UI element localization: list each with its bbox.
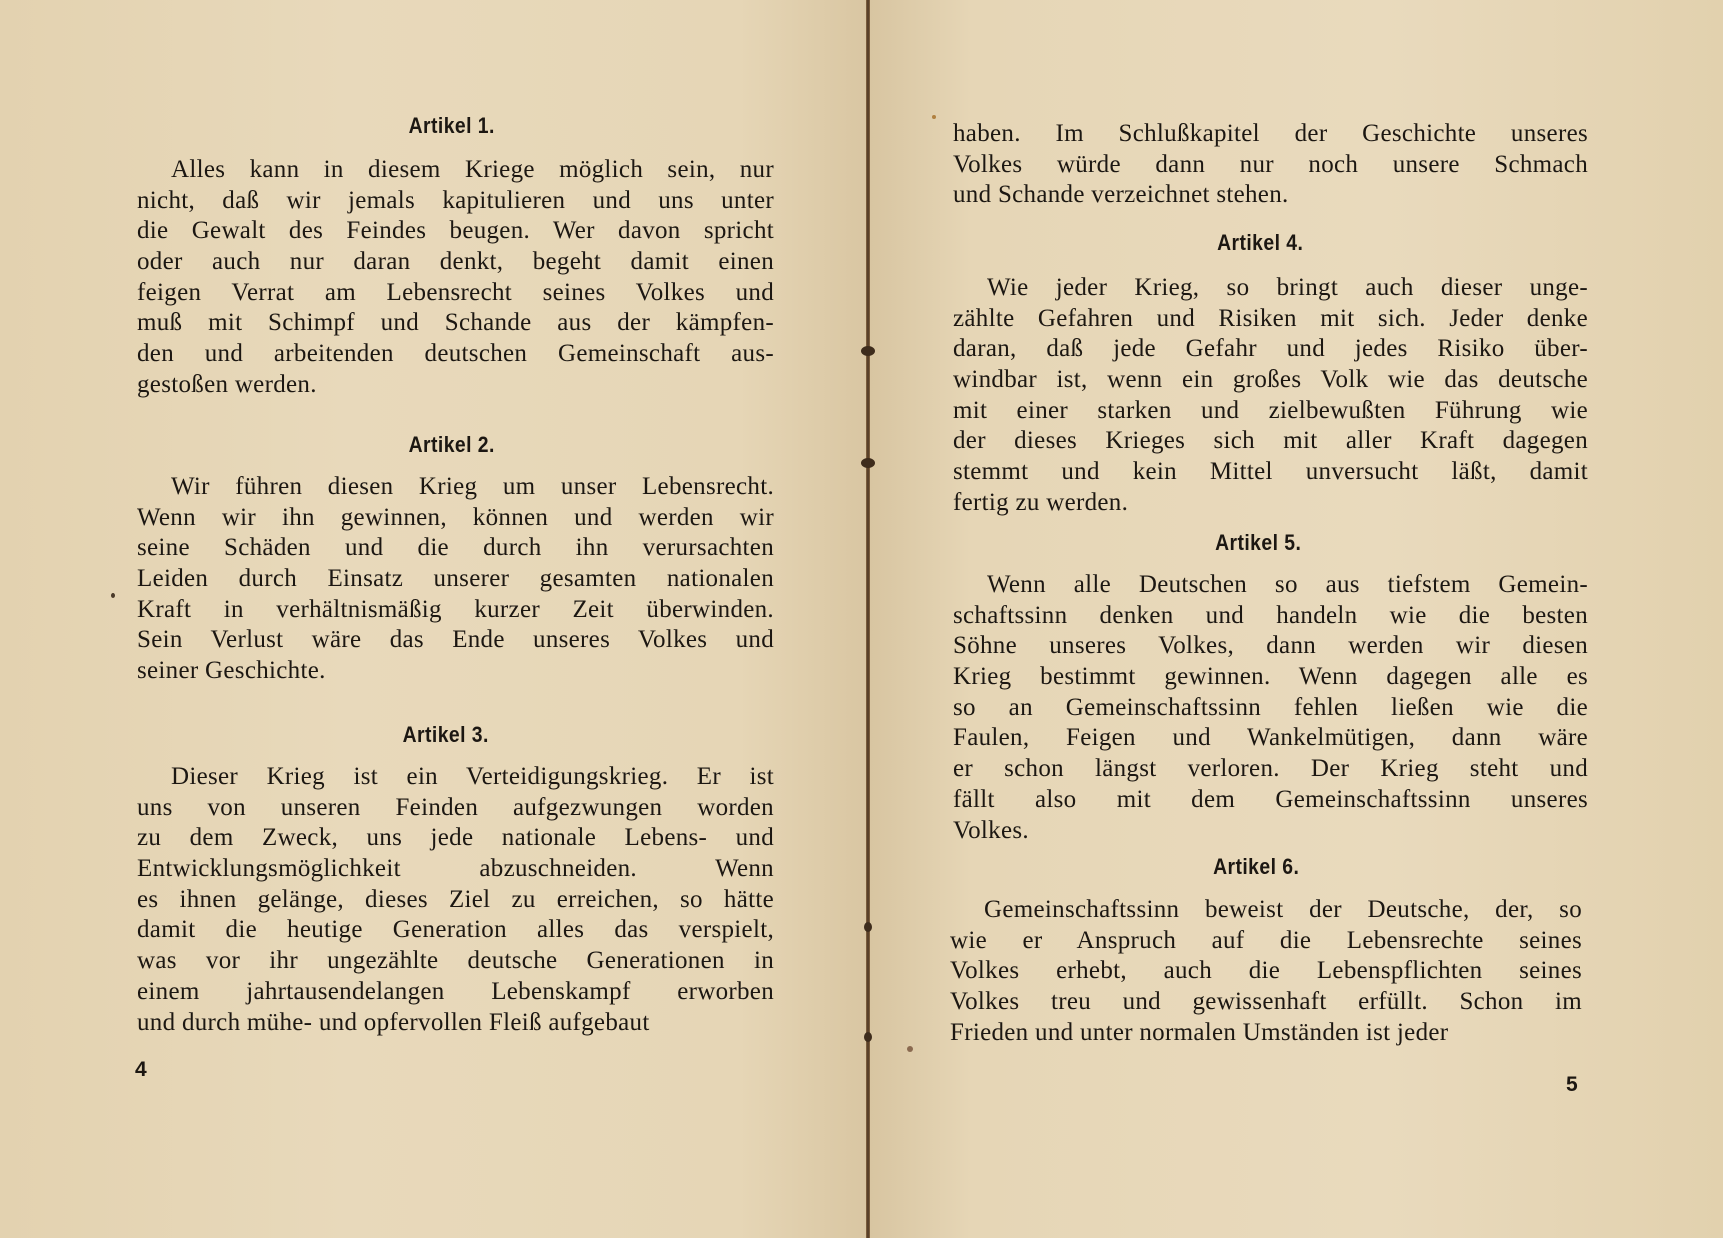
text-line: Volkes erhebt, auch die Lebenspflichten … — [950, 956, 1582, 987]
text-line: Leiden durch Einsatz unserer gesamten na… — [137, 564, 774, 595]
text-line: Alles kann in diesem Kriege möglich sein… — [137, 155, 774, 186]
article-1-body: Alles kann in diesem Kriege möglich sein… — [137, 155, 774, 401]
text-line: muß mit Schimpf und Schande aus der kämp… — [137, 308, 774, 339]
text-line: nicht, daß wir jemals kapitulieren und u… — [137, 186, 774, 217]
text-line: Frieden und unter normalen Umständen ist… — [950, 1018, 1582, 1049]
text-line: zu dem Zweck, uns jede nationale Lebens-… — [137, 823, 774, 854]
binding-stitch — [864, 922, 872, 932]
text-line: und Schande verzeichnet stehen. — [953, 180, 1588, 211]
text-line: Krieg bestimmt gewinnen. Wenn dagegen al… — [953, 662, 1588, 693]
article-6-heading: Artikel 6. — [1213, 854, 1317, 880]
text-line: Volkes würde dann nur noch unsere Schmac… — [953, 150, 1588, 181]
text-line: Wenn wir ihn gewinnen, können und werden… — [137, 503, 774, 534]
text-line: Dieser Krieg ist ein Verteidigungskrieg.… — [137, 762, 774, 793]
binding-stitch — [861, 346, 875, 356]
text-line: oder auch nur daran denkt, begeht damit … — [137, 247, 774, 278]
text-line: und durch mühe- und opfervollen Fleiß au… — [137, 1008, 774, 1039]
text-line: Gemeinschaftssinn beweist der Deutsche, … — [950, 895, 1582, 926]
text-line: er schon längst verloren. Der Krieg steh… — [953, 754, 1588, 785]
binding-stitch — [864, 1032, 872, 1042]
text-line: der dieses Krieges sich mit aller Kraft … — [953, 426, 1588, 457]
article-3-body: Dieser Krieg ist ein Verteidigungskrieg.… — [137, 762, 774, 1038]
article-2-heading: Artikel 2. — [409, 432, 506, 458]
text-line: was vor ihr ungezählte deutsche Generati… — [137, 946, 774, 977]
continuation-body: haben. Im Schlußkapitel der Geschichte u… — [953, 119, 1588, 211]
article-3-heading: Artikel 3. — [403, 722, 500, 748]
text-line: fällt also mit dem Gemeinschaftssinn uns… — [953, 785, 1588, 816]
text-line: wie er Anspruch auf die Lebensrechte sei… — [950, 926, 1582, 957]
text-line: so an Gemeinschaftssinn fehlen ließen wi… — [953, 693, 1588, 724]
text-line: Kraft in verhältnismäßig kurzer Zeit übe… — [137, 595, 774, 626]
article-1-heading: Artikel 1. — [409, 113, 506, 139]
article-5-heading: Artikel 5. — [1215, 530, 1319, 556]
paper-speck — [907, 1046, 913, 1052]
text-line: Sein Verlust wäre das Ende unseres Volke… — [137, 625, 774, 656]
article-2-body: Wir führen diesen Krieg um unser Lebensr… — [137, 472, 774, 687]
text-line: gestoßen werden. — [137, 370, 774, 401]
text-line: Volkes. — [953, 816, 1588, 847]
article-4-heading: Artikel 4. — [1217, 230, 1321, 256]
text-line: daran, daß jede Gefahr und jedes Risiko … — [953, 334, 1588, 365]
book-spine — [866, 0, 870, 1238]
text-line: damit die heutige Generation alles das v… — [137, 915, 774, 946]
text-line: Söhne unseres Volkes, dann werden wir di… — [953, 631, 1588, 662]
page-number-left: 4 — [135, 1058, 147, 1082]
text-line: feigen Verrat am Lebensrecht seines Volk… — [137, 278, 774, 309]
text-line: Entwicklungsmöglichkeit abzuschneiden. W… — [137, 854, 774, 885]
text-line: Wir führen diesen Krieg um unser Lebensr… — [137, 472, 774, 503]
article-6-body: Gemeinschaftssinn beweist der Deutsche, … — [950, 895, 1582, 1048]
text-line: seiner Geschichte. — [137, 656, 774, 687]
text-line: es ihnen gelänge, dieses Ziel zu erreich… — [137, 885, 774, 916]
text-line: stemmt und kein Mittel unversucht läßt, … — [953, 457, 1588, 488]
text-line: Faulen, Feigen und Wankelmütigen, dann w… — [953, 723, 1588, 754]
text-line: Wenn alle Deutschen so aus tiefstem Geme… — [953, 570, 1588, 601]
text-line: zählte Gefahren und Risiken mit sich. Je… — [953, 304, 1588, 335]
text-line: windbar ist, wenn ein großes Volk wie da… — [953, 365, 1588, 396]
paper-speck — [932, 115, 936, 119]
article-4-body: Wie jeder Krieg, so bringt auch dieser u… — [953, 273, 1588, 519]
binding-stitch — [861, 458, 875, 468]
text-line: fertig zu werden. — [953, 488, 1588, 519]
text-line: haben. Im Schlußkapitel der Geschichte u… — [953, 119, 1588, 150]
paper-speck — [111, 593, 115, 598]
text-line: den und arbeitenden deutschen Gemeinscha… — [137, 339, 774, 370]
page-number-right: 5 — [1566, 1073, 1578, 1097]
article-5-body: Wenn alle Deutschen so aus tiefstem Geme… — [953, 570, 1588, 846]
text-line: mit einer starken und zielbewußten Führu… — [953, 396, 1588, 427]
text-line: seine Schäden und die durch ihn verursac… — [137, 533, 774, 564]
text-line: die Gewalt des Feindes beugen. Wer davon… — [137, 216, 774, 247]
text-line: einem jahrtausendelangen Lebenskampf erw… — [137, 977, 774, 1008]
text-line: uns von unseren Feinden aufgezwungen wor… — [137, 793, 774, 824]
text-line: schaftssinn denken und handeln wie die b… — [953, 601, 1588, 632]
text-line: Volkes treu und gewissenhaft erfüllt. Sc… — [950, 987, 1582, 1018]
text-line: Wie jeder Krieg, so bringt auch dieser u… — [953, 273, 1588, 304]
